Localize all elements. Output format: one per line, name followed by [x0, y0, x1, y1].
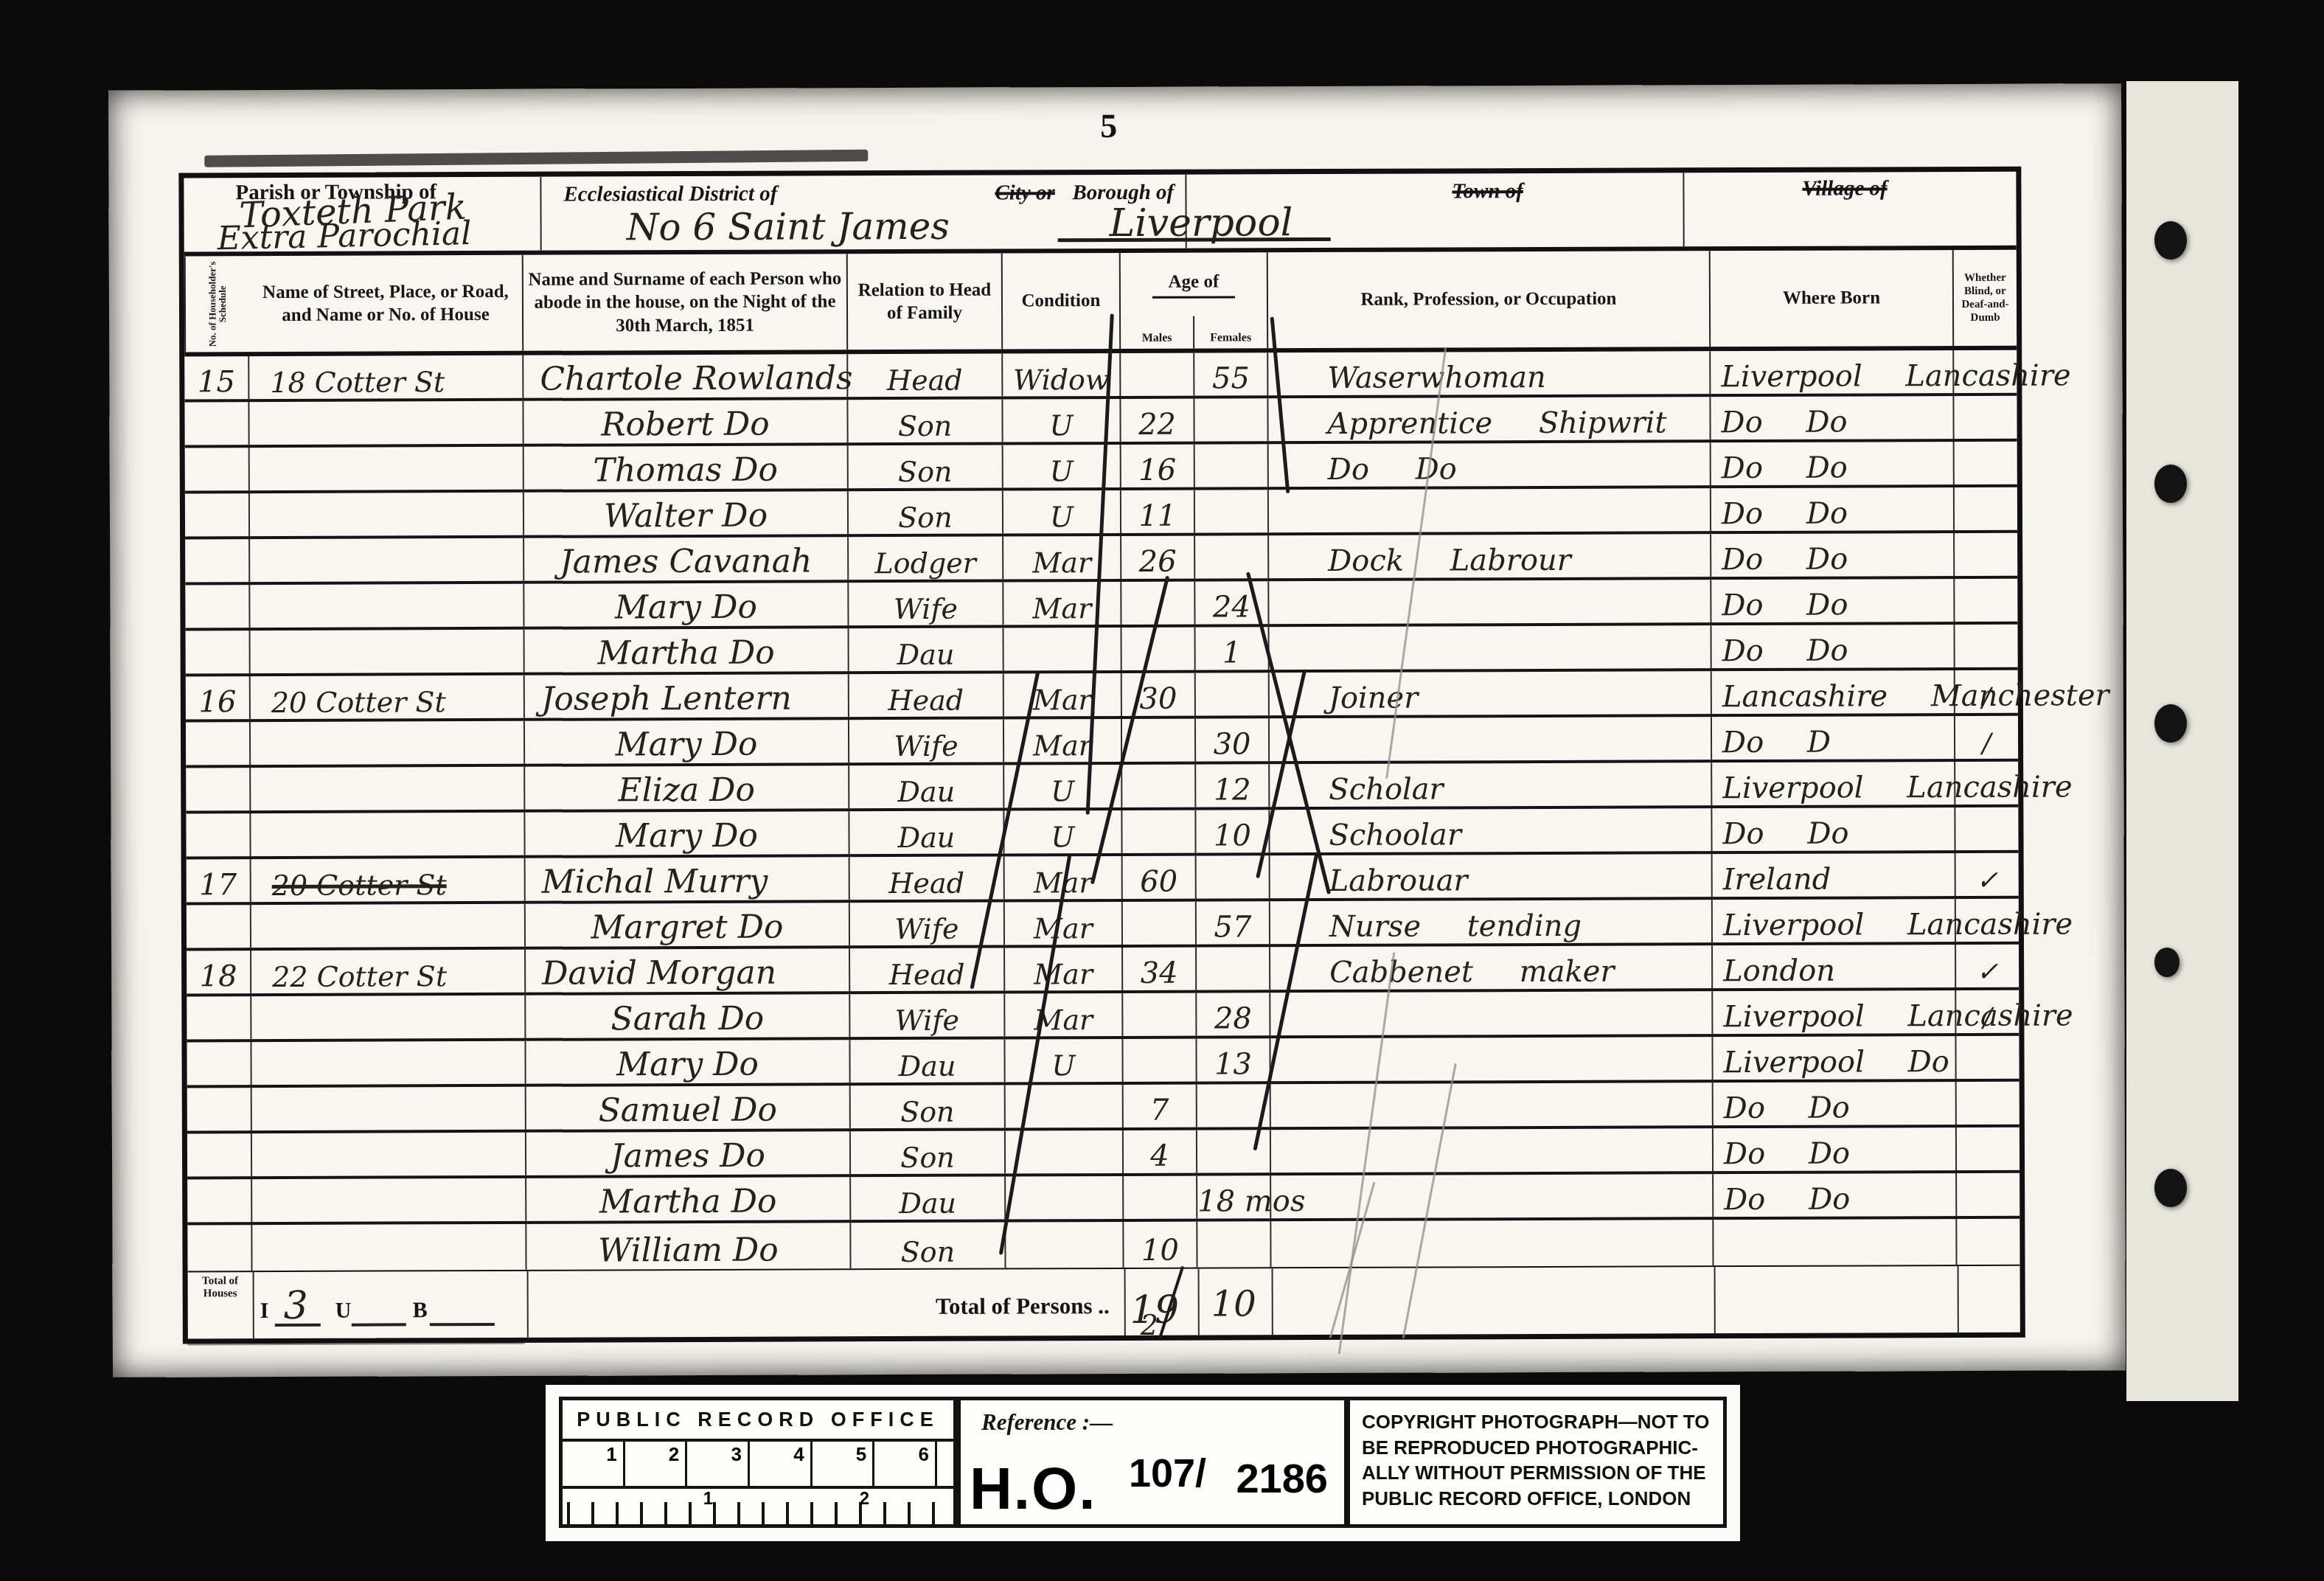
- occupation: Joiner: [1270, 671, 1712, 715]
- where-born: Liverpool Lancashire: [1713, 990, 1956, 1034]
- blind-deaf: [1955, 579, 2017, 622]
- relation: Dau: [851, 1177, 1006, 1220]
- person-name: James Do: [526, 1131, 851, 1175]
- where-born: Liverpool Lancashire: [1711, 350, 1954, 394]
- col-header-age: Age of Males Females: [1121, 252, 1268, 349]
- blind-deaf: [1955, 625, 2018, 667]
- condition: Widow: [1003, 353, 1121, 397]
- total-persons-females: 10: [1211, 1283, 1256, 1324]
- where-born: London: [1713, 945, 1956, 988]
- relation: Wife: [849, 583, 1003, 626]
- punch-hole: [2154, 221, 2187, 260]
- blind-deaf: [1955, 487, 2017, 530]
- schedule-no: [187, 905, 251, 948]
- table-row: Thomas DoSonU16Do DoDo Do: [185, 442, 2017, 494]
- divider: [540, 177, 541, 251]
- blind-deaf: [1956, 899, 2019, 942]
- occupation: Labrouar: [1270, 854, 1713, 898]
- total-persons-label: Total of Persons ..: [822, 1293, 1110, 1320]
- age-male: [1123, 1039, 1197, 1082]
- age-female: 18 mos: [1197, 1175, 1271, 1218]
- condition: Mar: [1003, 582, 1121, 625]
- pro-office-title: PUBLIC RECORD OFFICE: [563, 1400, 953, 1442]
- street-address: [251, 767, 525, 810]
- age-male: [1123, 993, 1197, 1036]
- table-row: Mary DoWifeMar30Do D/: [186, 716, 2018, 768]
- divider: [1683, 173, 1684, 246]
- person-name: Thomas Do: [524, 445, 849, 490]
- schedule-no: 17: [187, 859, 251, 902]
- punch-hole: [2154, 704, 2187, 743]
- cm-mark-end: [937, 1442, 953, 1486]
- age-male: [1123, 902, 1197, 945]
- person-name: Mary Do: [525, 720, 849, 764]
- relation: Dau: [849, 628, 1004, 672]
- condition: Mar: [1004, 673, 1122, 717]
- form-header-band: Parish or Township of Toxteth Park Extra…: [184, 172, 2016, 257]
- relation: Wife: [849, 720, 1004, 763]
- district-label: Ecclesiastical District of: [563, 182, 777, 207]
- cm-mark: 1: [563, 1442, 625, 1486]
- blind-deaf: /: [1955, 670, 2018, 713]
- person-name: Chartole Rowlands: [523, 354, 848, 398]
- table-row: 1620 Cotter StJoseph LenternHeadMar30Joi…: [186, 670, 2018, 723]
- schedule-no: [186, 722, 251, 765]
- relation: Dau: [849, 811, 1004, 855]
- parish-value-line2: Extra Parochial: [217, 215, 472, 257]
- schedule-no: [184, 402, 249, 445]
- where-born: Do D: [1712, 716, 1955, 760]
- where-born: [1714, 1219, 1957, 1265]
- relation: Dau: [850, 1040, 1005, 1083]
- where-born: Do Do: [1712, 807, 1955, 851]
- table-row: Eliza DoDauU12ScholarLiverpool Lancashir…: [186, 762, 2018, 814]
- condition: U: [1003, 399, 1121, 442]
- condition: Mar: [1005, 902, 1123, 945]
- blind-deaf: [1954, 396, 2017, 439]
- person-name: Mary Do: [526, 1040, 850, 1084]
- street-address: [250, 584, 524, 628]
- street-address: 18 Cotter St: [249, 355, 523, 399]
- table-row: Mary DoWifeMar24Do Do: [185, 579, 2017, 631]
- total-houses-label: Total of Houses: [188, 1275, 253, 1301]
- where-born: Do Do: [1711, 442, 1955, 485]
- age-female: [1195, 490, 1269, 532]
- condition: [1004, 628, 1122, 671]
- table-row: 1822 Cotter StDavid MorganHeadMar34Cabbe…: [187, 945, 2019, 997]
- age-male: [1122, 628, 1196, 670]
- street-address: [251, 904, 526, 948]
- occupation: Apprentice Shipwrit: [1268, 397, 1711, 441]
- blind-deaf: [1955, 762, 2018, 805]
- blind-deaf: [1954, 350, 2017, 393]
- blind-deaf: [1955, 442, 2017, 484]
- age-female: 57: [1197, 901, 1270, 944]
- where-born: Do Do: [1711, 579, 1955, 622]
- schedule-no: [185, 585, 250, 628]
- schedule-no: [186, 630, 251, 673]
- occupation: Nurse tending: [1270, 900, 1713, 944]
- cm-mark: 6: [874, 1442, 937, 1486]
- condition: Mar: [1003, 536, 1121, 580]
- col-header-schedule: No. of Householder's Schedule: [184, 256, 249, 352]
- where-born: Do Do: [1714, 1127, 1957, 1171]
- reference-box: Reference :— H.O. 107/ 2186: [957, 1397, 1348, 1528]
- condition: [1006, 1222, 1124, 1268]
- blind-deaf: [1955, 533, 2017, 576]
- copyright-line: PUBLIC RECORD OFFICE, LONDON: [1362, 1486, 1711, 1512]
- street-address: [251, 995, 526, 1039]
- age-female: 55: [1194, 352, 1268, 395]
- relation: Son: [849, 491, 1003, 535]
- occupation: Waserwhoman: [1268, 351, 1711, 395]
- blind-deaf: [1957, 1173, 2019, 1216]
- condition: [1006, 1176, 1124, 1220]
- age-female: [1195, 535, 1269, 578]
- street-address: [251, 630, 525, 673]
- age-male: 7: [1124, 1085, 1197, 1127]
- reference-piece: 2186: [1236, 1454, 1328, 1502]
- table-row: Sarah DoWifeMar28Liverpool Lancashire/: [187, 990, 2019, 1043]
- street-address: [252, 1178, 526, 1222]
- blind-deaf: /: [1955, 716, 2018, 759]
- street-address: [251, 813, 525, 856]
- person-name: William Do: [526, 1223, 851, 1270]
- age-female: 13: [1197, 1038, 1270, 1081]
- schedule-no: [187, 1088, 252, 1130]
- relation: Son: [849, 445, 1003, 489]
- street-address: 20 Cotter St: [251, 675, 525, 719]
- condition: Mar: [1005, 993, 1123, 1037]
- table-row: Mary DoDauU13Liverpool Do: [187, 1036, 2019, 1088]
- where-born: Do Do: [1714, 1173, 1957, 1217]
- person-name: Martha Do: [526, 1177, 851, 1221]
- person-name: David Morgan: [526, 948, 850, 993]
- age-female: 10: [1196, 810, 1270, 852]
- punch-hole: [2154, 1169, 2187, 1207]
- where-born: Do Do: [1711, 487, 1955, 531]
- relation: Head: [849, 674, 1004, 717]
- table-row: William DoSon10: [187, 1219, 2019, 1271]
- uninhabited-label: U: [335, 1299, 352, 1324]
- age-male: 34: [1123, 948, 1197, 990]
- person-name: Michal Murry: [526, 857, 850, 901]
- age-female: 30: [1196, 718, 1270, 761]
- blind-deaf: /: [1956, 990, 2019, 1033]
- age-female: [1197, 1221, 1271, 1267]
- blind-deaf: ✓: [1956, 945, 2019, 987]
- occupation: [1271, 1128, 1714, 1172]
- age-male: [1124, 1176, 1197, 1219]
- age-male: [1122, 810, 1196, 853]
- occupation: [1269, 488, 1711, 532]
- person-name: Walter Do: [524, 491, 849, 535]
- table-row: Samuel DoSon7Do Do: [187, 1082, 2019, 1134]
- district-value: No 6 Saint James: [627, 205, 950, 249]
- schedule-no: [187, 996, 251, 1039]
- occupation: [1269, 580, 1711, 624]
- schedule-no: [185, 539, 250, 582]
- table-row: Martha DoDau1Do Do: [186, 625, 2018, 677]
- street-address: 20 Cotter St: [251, 858, 526, 902]
- age-male: [1121, 353, 1194, 396]
- schedule-no: [187, 1042, 251, 1085]
- age-female: [1194, 398, 1268, 441]
- age-males-label: Males: [1121, 316, 1193, 349]
- where-born: Lancashire Manchester: [1712, 670, 1955, 714]
- relation: Son: [851, 1223, 1006, 1269]
- where-born: Do Do: [1714, 1082, 1957, 1125]
- reference-number: 107/: [1129, 1450, 1206, 1496]
- census-page: 5 Parish or Township of Toxteth Park Ext…: [108, 83, 2126, 1377]
- where-born: Liverpool Lancashire: [1713, 899, 1956, 942]
- relation: Wife: [850, 994, 1005, 1038]
- where-born: Liverpool Lancashire: [1712, 762, 1955, 805]
- copyright-box: COPYRIGHT PHOTOGRAPH—NOT TO BE REPRODUCE…: [1346, 1397, 1727, 1528]
- relation: Head: [848, 354, 1003, 397]
- person-name: Sarah Do: [526, 994, 850, 1038]
- blind-deaf: [1955, 807, 2018, 850]
- person-name: Martha Do: [525, 628, 849, 673]
- pro-stamp-strip: PUBLIC RECORD OFFICE 1 2 3 4 5 6 1 2 Ref…: [546, 1385, 1740, 1541]
- town-label: Town of: [1452, 179, 1523, 204]
- col-header-condition: Condition: [1003, 253, 1121, 350]
- street-address: [250, 538, 524, 582]
- age-male: 60: [1123, 856, 1197, 899]
- street-address: [251, 721, 525, 765]
- where-born: Ireland: [1713, 853, 1956, 897]
- person-name: Eliza Do: [525, 765, 849, 810]
- village-label: Village of: [1802, 176, 1887, 201]
- occupation: [1271, 1174, 1714, 1218]
- street-address: [251, 1041, 526, 1085]
- condition: U: [1004, 765, 1122, 808]
- condition: [1006, 1130, 1124, 1174]
- ruler-cm-scale: 1 2 3 4 5 6: [563, 1442, 953, 1489]
- inch-mark: 1: [703, 1489, 713, 1509]
- col-header-name: Name and Surname of each Person who abod…: [523, 254, 848, 351]
- blind-deaf: [1957, 1082, 2019, 1125]
- age-male: 26: [1121, 536, 1195, 579]
- street-address: [252, 1224, 526, 1271]
- schedule-no: [187, 1133, 252, 1176]
- street-address: 22 Cotter St: [251, 950, 526, 993]
- inhabited-label: I: [260, 1299, 269, 1324]
- reference-label: Reference :—: [981, 1409, 1113, 1436]
- age-of-label: Age of: [1152, 270, 1235, 299]
- cm-mark: 5: [813, 1442, 875, 1486]
- ruler-inch-scale: 1 2: [563, 1489, 953, 1524]
- where-born: Liverpool Do: [1713, 1036, 1956, 1080]
- ink-smudge: [204, 150, 868, 167]
- inch-mark: 2: [860, 1489, 869, 1509]
- cm-mark: 4: [750, 1442, 813, 1486]
- punch-hole: [2154, 465, 2187, 503]
- occupation: Scholar: [1270, 762, 1712, 807]
- person-name: Joseph Lentern: [525, 674, 849, 718]
- col-header-born: Where Born: [1711, 250, 1954, 347]
- copyright-line: COPYRIGHT PHOTOGRAPH—NOT TO: [1362, 1409, 1711, 1435]
- city-label: City or: [995, 181, 1054, 205]
- schedule-no: 16: [186, 676, 251, 719]
- age-male: 16: [1121, 445, 1195, 487]
- street-address: [250, 447, 524, 490]
- person-name: Margret Do: [526, 903, 850, 947]
- age-male: 22: [1121, 399, 1194, 442]
- copyright-line: ALLY WITHOUT PERMISSION OF THE: [1362, 1460, 1711, 1486]
- schedule-no: [186, 813, 251, 856]
- ruler-ticks: [567, 1502, 949, 1524]
- cm-mark: 3: [687, 1442, 750, 1486]
- relation: Son: [848, 400, 1003, 443]
- age-male: 11: [1121, 490, 1195, 533]
- street-address: [250, 493, 524, 536]
- where-born: Do Do: [1711, 533, 1955, 577]
- relation: Son: [851, 1131, 1006, 1175]
- cm-mark: 2: [625, 1442, 688, 1486]
- column-header-row: No. of Householder's Schedule Name of St…: [184, 250, 2017, 357]
- blind-deaf: [1957, 1219, 2019, 1265]
- schedule-no: [185, 493, 250, 536]
- age-female: 28: [1197, 993, 1270, 1035]
- condition: Mar: [1005, 948, 1123, 991]
- table-row: 1720 Cotter StMichal MurryHeadMar60Labro…: [187, 853, 2019, 906]
- relation: Son: [851, 1085, 1006, 1129]
- age-female: [1197, 1130, 1271, 1172]
- age-female: 12: [1196, 764, 1270, 807]
- building-label: B: [413, 1298, 428, 1323]
- schedule-no: [187, 1179, 252, 1222]
- occupation: [1270, 991, 1713, 1035]
- person-name: Mary Do: [525, 811, 849, 855]
- copyright-line: BE REPRODUCED PHOTOGRAPHIC-: [1362, 1435, 1711, 1461]
- occupation: Cabbenet maker: [1270, 945, 1713, 990]
- age-male: [1122, 765, 1196, 807]
- age-male: 4: [1124, 1130, 1197, 1173]
- schedule-no: [186, 768, 251, 810]
- age-females-label: Females: [1193, 316, 1267, 348]
- totals-row: Total of Houses I 3 U B Total of Persons…: [188, 1265, 2020, 1339]
- census-table: Parish or Township of Toxteth Park Extra…: [178, 167, 2025, 1344]
- occupation: [1270, 625, 1712, 670]
- blind-deaf: [1957, 1127, 2019, 1170]
- inhabited-value: 3: [284, 1284, 308, 1328]
- age-female: [1196, 673, 1270, 715]
- table-row: Margret DoWifeMar57Nurse tendingLiverpoo…: [187, 899, 2019, 951]
- street-address: [252, 1133, 526, 1176]
- page-number: 5: [1100, 106, 1117, 145]
- col-header-relation: Relation to Head of Family: [848, 254, 1003, 350]
- reference-series: H.O.: [970, 1455, 1096, 1523]
- condition: U: [1005, 1039, 1123, 1083]
- relation: Dau: [849, 765, 1004, 809]
- relation: Head: [850, 948, 1005, 992]
- table-row: James DoSon4Do Do: [187, 1127, 2019, 1180]
- col-header-street: Name of Street, Place, or Road, and Name…: [249, 255, 523, 352]
- occupation: Schoolar: [1270, 808, 1712, 852]
- schedule-no: 18: [187, 951, 251, 993]
- occupation: Do Do: [1269, 442, 1711, 487]
- age-male: [1122, 719, 1196, 762]
- photograph-background: 5 Parish or Township of Toxteth Park Ext…: [0, 0, 2324, 1581]
- where-born: Do Do: [1711, 396, 1954, 439]
- schedule-no: [185, 448, 250, 490]
- col-header-blind: Whether Blind, or Deaf-and-Dumb: [1954, 250, 2017, 346]
- relation: Head: [850, 857, 1005, 900]
- age-female: [1195, 444, 1269, 487]
- schedule-no: [187, 1225, 252, 1271]
- table-row: Robert DoSonU22Apprentice ShipwritDo Do: [184, 396, 2017, 448]
- person-name: Mary Do: [524, 583, 849, 627]
- occupation: [1270, 717, 1712, 761]
- occupation: [1270, 1037, 1713, 1081]
- schedule-no: 15: [184, 356, 249, 399]
- col-header-occupation: Rank, Profession, or Occupation: [1268, 251, 1711, 348]
- street-address: [249, 401, 523, 445]
- occupation: [1271, 1083, 1714, 1127]
- page-edge-strip: [2126, 81, 2238, 1401]
- occupation: Dock Labrour: [1269, 534, 1711, 578]
- punch-hole: [2154, 948, 2179, 977]
- pro-ruler-box: PUBLIC RECORD OFFICE 1 2 3 4 5 6 1 2: [559, 1397, 957, 1528]
- age-female: [1197, 947, 1270, 990]
- age-female: 1: [1196, 627, 1270, 670]
- person-name: Samuel Do: [526, 1085, 851, 1130]
- occupation: [1271, 1220, 1714, 1267]
- age-male: 10: [1124, 1222, 1197, 1268]
- relation: Lodger: [849, 537, 1003, 580]
- blind-deaf: [1956, 1036, 2019, 1079]
- where-born: Do Do: [1712, 625, 1955, 668]
- table-row: Martha DoDau18 mosDo Do: [187, 1173, 2019, 1226]
- person-name: Robert Do: [523, 400, 848, 444]
- person-name: James Cavanah: [524, 537, 849, 581]
- street-address: [252, 1087, 526, 1130]
- total-persons-males-correction: 2: [1141, 1309, 1158, 1341]
- table-row: 1518 Cotter StChartole RowlandsHeadWidow…: [184, 350, 2017, 403]
- blind-deaf: ✓: [1956, 853, 2019, 896]
